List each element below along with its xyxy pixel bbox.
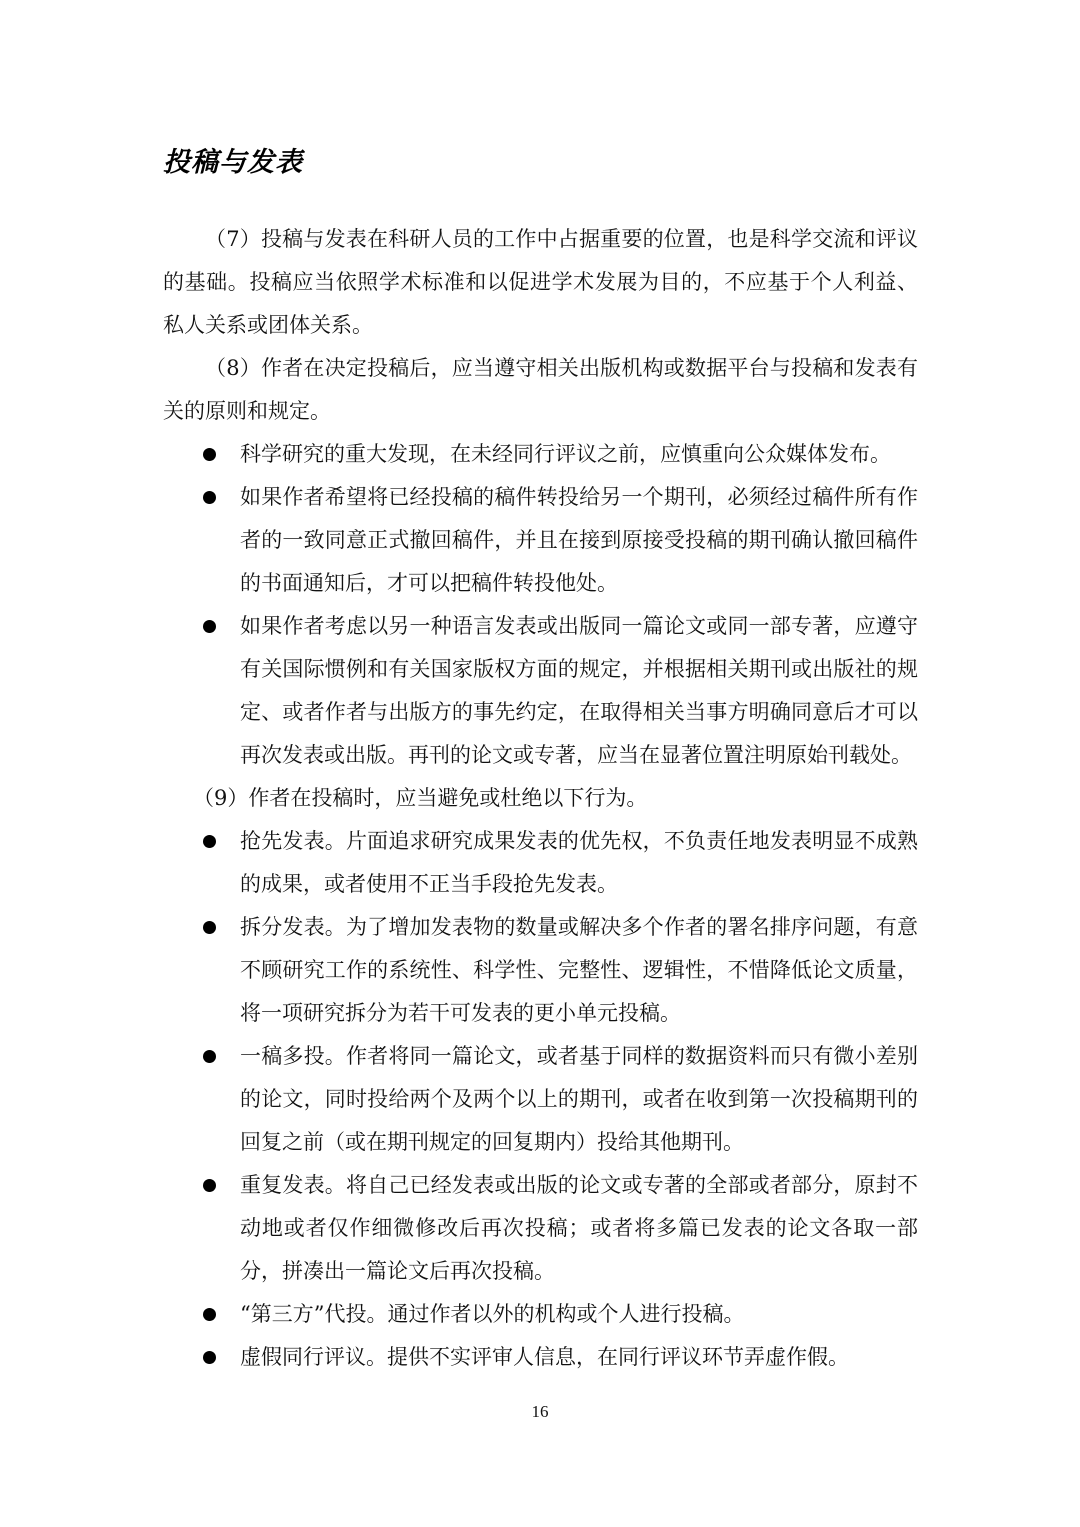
page-number: 16 bbox=[0, 1402, 1080, 1422]
list-item: 拆分发表。为了增加发表物的数量或解决多个作者的署名排序问题，有意不顾研究工作的系… bbox=[163, 906, 918, 1035]
bullet-icon bbox=[203, 1050, 216, 1063]
list-item-text: 抢先发表。片面追求研究成果发表的优先权，不负责任地发表明显不成熟的成果，或者使用… bbox=[240, 829, 918, 896]
list-item-text: 虚假同行评议。提供不实评审人信息，在同行评议环节弄虚作假。 bbox=[240, 1345, 849, 1369]
list-item: 如果作者考虑以另一种语言发表或出版同一篇论文或同一部专著，应遵守有关国际惯例和有… bbox=[163, 605, 918, 777]
bullet-icon bbox=[203, 1179, 216, 1192]
bullet-icon bbox=[203, 620, 216, 633]
list-item: “第三方”代投。通过作者以外的机构或个人进行投稿。 bbox=[163, 1293, 918, 1336]
list-item-text: 如果作者希望将已经投稿的稿件转投给另一个期刊，必须经过稿件所有作者的一致同意正式… bbox=[240, 485, 918, 595]
bullet-icon bbox=[203, 1308, 216, 1321]
list-item: 重复发表。将自己已经发表或出版的论文或专著的全部或者部分，原封不动地或者仅作细微… bbox=[163, 1164, 918, 1293]
bullet-icon bbox=[203, 835, 216, 848]
bullet-icon bbox=[203, 491, 216, 504]
list-item-text: “第三方”代投。通过作者以外的机构或个人进行投稿。 bbox=[240, 1302, 744, 1326]
bullet-list-rules: 科学研究的重大发现，在未经同行评议之前，应慎重向公众媒体发布。 如果作者希望将已… bbox=[163, 433, 918, 777]
section-title: 投稿与发表 bbox=[163, 140, 303, 179]
bullet-icon bbox=[203, 1351, 216, 1364]
list-item-text: 重复发表。将自己已经发表或出版的论文或专著的全部或者部分，原封不动地或者仅作细微… bbox=[240, 1173, 918, 1283]
list-item-text: 一稿多投。作者将同一篇论文，或者基于同样的数据资料而只有微小差别的论文，同时投给… bbox=[240, 1044, 918, 1154]
document-page: 投稿与发表 （7）投稿与发表在科研人员的工作中占据重要的位置，也是科学交流和评议… bbox=[0, 0, 1080, 1527]
list-item-text: 拆分发表。为了增加发表物的数量或解决多个作者的署名排序问题，有意不顾研究工作的系… bbox=[240, 915, 918, 1025]
bullet-icon bbox=[203, 448, 216, 461]
paragraph-8: （8）作者在决定投稿后，应当遵守相关出版机构或数据平台与投稿和发表有关的原则和规… bbox=[163, 347, 918, 433]
list-item-text: 科学研究的重大发现，在未经同行评议之前，应慎重向公众媒体发布。 bbox=[240, 442, 891, 466]
paragraph-9: （9）作者在投稿时，应当避免或杜绝以下行为。 bbox=[163, 777, 918, 820]
list-item: 虚假同行评议。提供不实评审人信息，在同行评议环节弄虚作假。 bbox=[163, 1336, 918, 1379]
list-item: 如果作者希望将已经投稿的稿件转投给另一个期刊，必须经过稿件所有作者的一致同意正式… bbox=[163, 476, 918, 605]
document-body: （7）投稿与发表在科研人员的工作中占据重要的位置，也是科学交流和评议的基础。投稿… bbox=[163, 218, 918, 1379]
bullet-list-misconduct: 抢先发表。片面追求研究成果发表的优先权，不负责任地发表明显不成熟的成果，或者使用… bbox=[163, 820, 918, 1379]
list-item: 抢先发表。片面追求研究成果发表的优先权，不负责任地发表明显不成熟的成果，或者使用… bbox=[163, 820, 918, 906]
list-item-text: 如果作者考虑以另一种语言发表或出版同一篇论文或同一部专著，应遵守有关国际惯例和有… bbox=[240, 614, 918, 767]
list-item: 一稿多投。作者将同一篇论文，或者基于同样的数据资料而只有微小差别的论文，同时投给… bbox=[163, 1035, 918, 1164]
paragraph-7: （7）投稿与发表在科研人员的工作中占据重要的位置，也是科学交流和评议的基础。投稿… bbox=[163, 218, 918, 347]
list-item: 科学研究的重大发现，在未经同行评议之前，应慎重向公众媒体发布。 bbox=[163, 433, 918, 476]
bullet-icon bbox=[203, 921, 216, 934]
